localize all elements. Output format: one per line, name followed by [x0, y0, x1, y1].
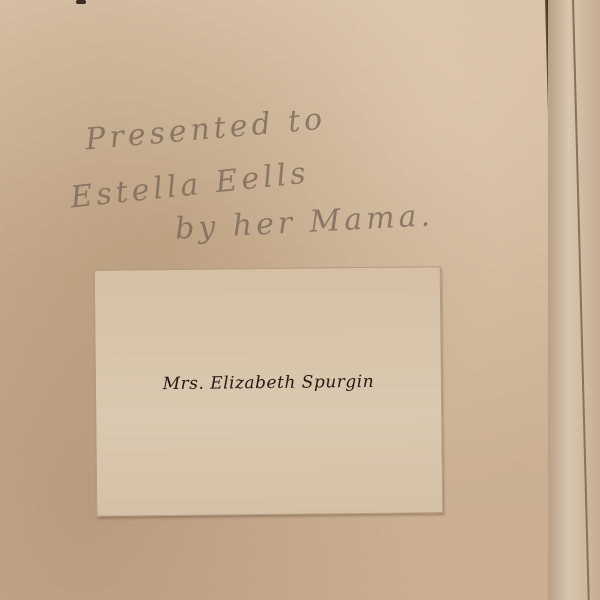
inscription-line-1: Presented to [84, 102, 328, 158]
paper-speck [76, 0, 86, 4]
calling-card-name: Mrs. Elizabeth Spurgin [96, 371, 441, 395]
calling-card: Mrs. Elizabeth Spurgin [94, 266, 444, 517]
book-page: Presented to Estella Eells by her Mama. … [0, 0, 560, 600]
inscription-line-3: by her Mama. [174, 198, 435, 247]
